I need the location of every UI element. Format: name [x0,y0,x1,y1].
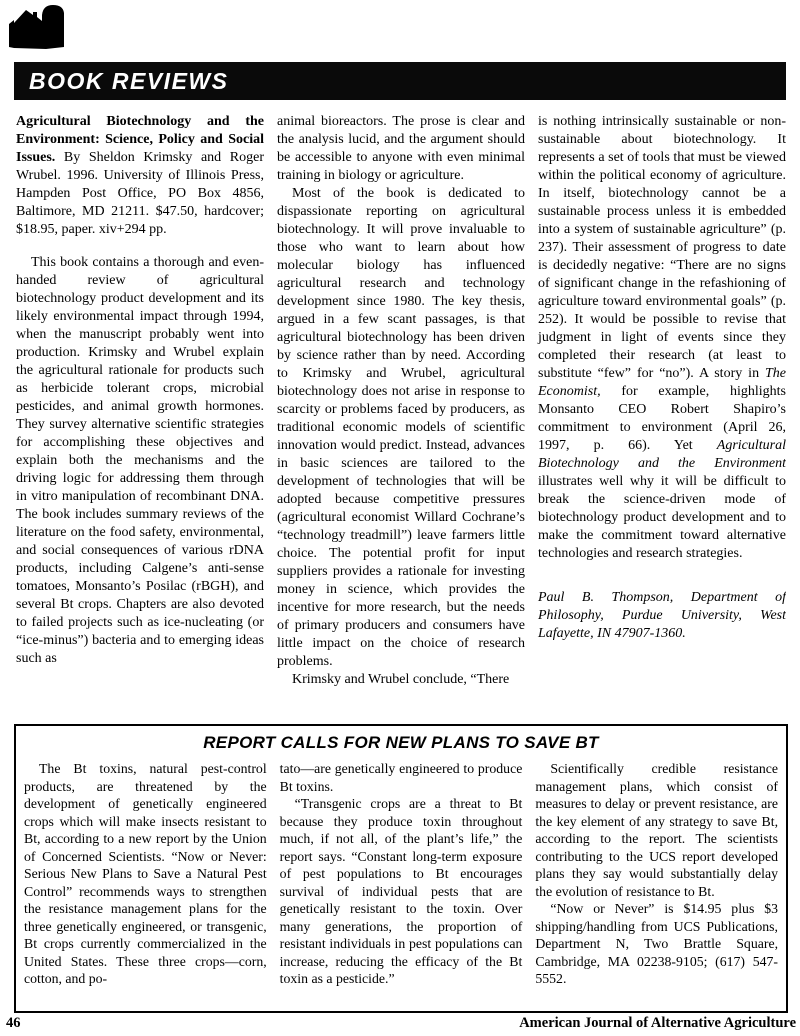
review-column-1: Agricultural Biotechnology and the Envir… [16,113,264,711]
review-text-run: is nothing intrinsically sustainable or … [538,114,786,381]
review-columns: Agricultural Biotechnology and the Envir… [16,113,786,711]
report-box-title: REPORT CALLS FOR NEW PLANS TO SAVE BT [24,733,778,753]
banner-title: BOOK REVIEWS [14,68,228,95]
review-column-3: is nothing intrinsically sustainable or … [538,113,786,711]
report-paragraph: “Transgenic crops are a threat to Bt bec… [280,795,523,988]
review-paragraph: Most of the book is dedicated to dispass… [277,185,525,671]
review-paragraph: This book contains a thorough and even-h… [16,254,264,668]
journal-name: American Journal of Alternative Agricult… [519,1015,796,1032]
review-text-run: illustrates well why it will be difficul… [538,474,786,561]
journal-page: BOOK REVIEWS Agricultural Biotechnology … [0,0,800,1036]
report-column-3: Scientifically credible resistance manag… [535,760,778,1006]
report-column-1: The Bt toxins, natural pest-control prod… [24,760,267,1006]
reviewer-signature: Paul B. Thompson, Department of Philosop… [538,589,786,643]
report-paragraph: The Bt toxins, natural pest-control prod… [24,760,267,988]
review-column-2: animal bioreactors. The prose is clear a… [277,113,525,711]
report-box-columns: The Bt toxins, natural pest-control prod… [24,760,778,1006]
report-column-2: tato—are genetically engineered to produ… [280,760,523,1006]
farm-silhouette-logo [6,3,84,50]
report-paragraph: Scientifically credible resistance manag… [535,760,778,900]
report-paragraph: “Now or Never” is $14.95 plus $3 shippin… [535,900,778,988]
report-box: REPORT CALLS FOR NEW PLANS TO SAVE BT Th… [14,724,788,1013]
page-footer: 46 American Journal of Alternative Agric… [6,1015,796,1032]
report-paragraph: tato—are genetically engineered to produ… [280,760,523,795]
review-paragraph: is nothing intrinsically sustainable or … [538,113,786,563]
review-paragraph: Krimsky and Wrubel conclude, “There [277,671,525,689]
book-reviews-banner: BOOK REVIEWS [14,62,786,100]
review-paragraph: animal bioreactors. The prose is clear a… [277,113,525,185]
page-number: 46 [6,1015,21,1032]
book-citation: Agricultural Biotechnology and the Envir… [16,113,264,239]
